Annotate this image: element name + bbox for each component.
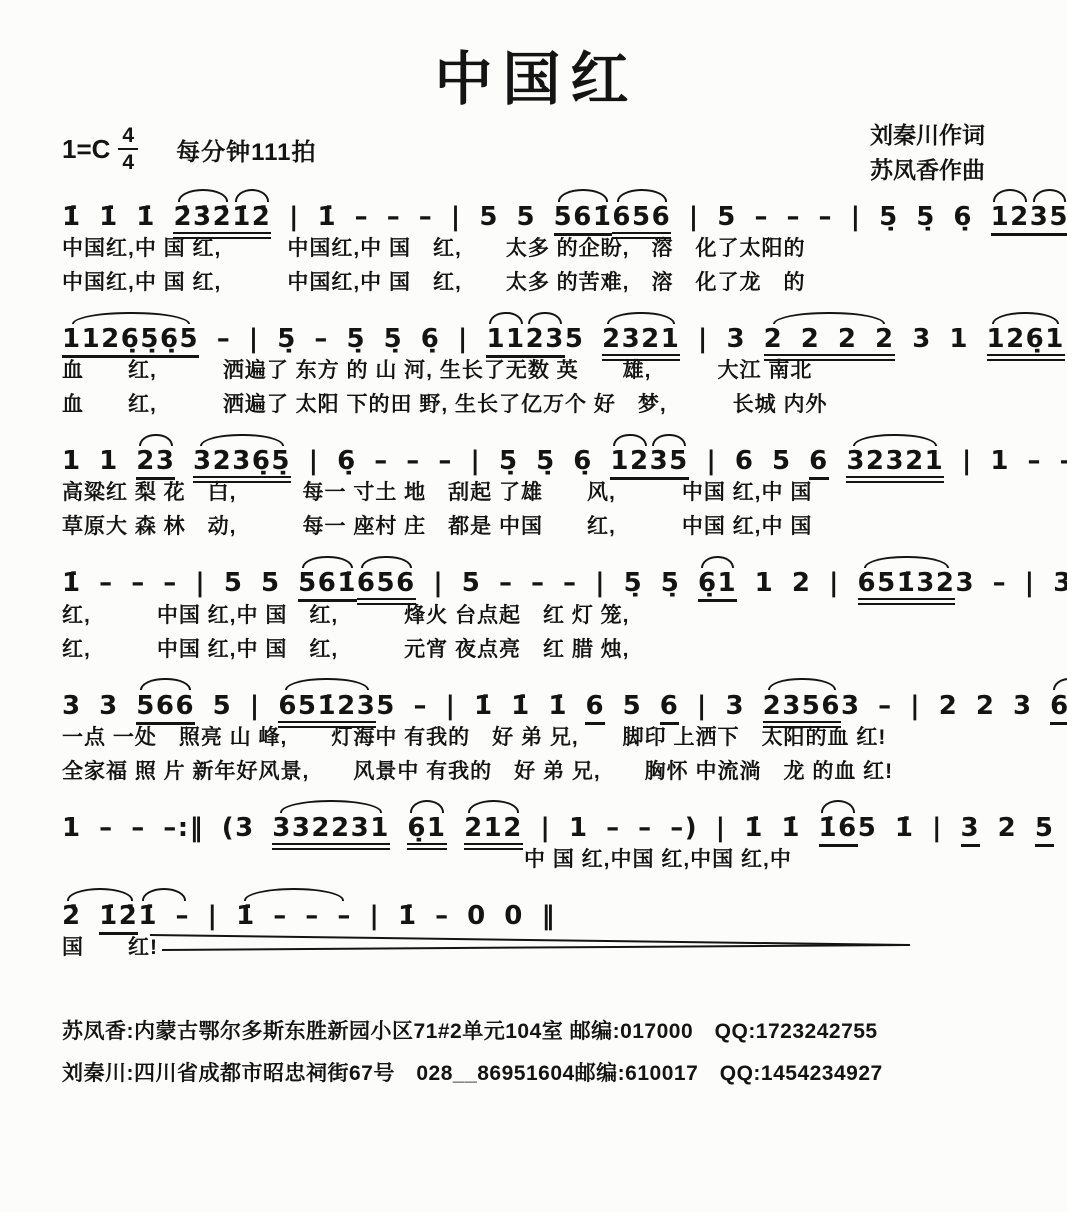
notation-line: 1 1 23 3236̣5̣ | 6̣ – – – | 5̣ 5̣ 6̣ 123…: [62, 431, 1011, 476]
contact-info: 苏凤香:内蒙古鄂尔多斯东胜新园小区71#2单元104室 邮编:017000 QQ…: [62, 1011, 1011, 1095]
music-system-5: 3 3 566 5 | 651̇235 – | 1̇ 1̇ 1̇ 6 5 6 |…: [62, 676, 1011, 789]
time-signature-bottom: 4: [122, 150, 134, 173]
lyrics-line-verse2: 全家福 照 片 新年好风景, 风景中 有我的 好 弟 兄, 胸怀 中流淌 龙 的…: [62, 755, 1011, 789]
time-signature: 4 4: [118, 125, 138, 173]
music-system-2: 1126̣5̣6̣5 – | 5̣ – 5̣ 5̣ 6̣ | 11235 232…: [62, 309, 1011, 422]
notation-line: 2̇ 1̇2̇1̇ – | 1̇ – – – | 1̇ – 0 0 ‖: [62, 886, 1011, 931]
lyricist-contact: 刘秦川:四川省成都市昭忠祠街67号 028__86951604邮编:610017…: [62, 1053, 1011, 1095]
decrescendo-hairpin: [148, 932, 918, 952]
key-signature-row: 1=C 4 4 每分钟111拍: [62, 125, 482, 173]
notation-line: 3 3 566 5 | 651̇235 – | 1̇ 1̇ 1̇ 6 5 6 |…: [62, 676, 1011, 721]
sheet-music-page: 中国红 刘秦川作词 苏凤香作曲 1=C 4 4 每分钟111拍 1̇ 1̇ 1̇…: [0, 0, 1067, 1095]
composer-contact: 苏凤香:内蒙古鄂尔多斯东胜新园小区71#2单元104室 邮编:017000 QQ…: [62, 1011, 1011, 1053]
music-system-6: 1 – – –:‖ (3 332231 6̣1 212 | 1 – – –) |…: [62, 798, 1011, 877]
lyrics-line-verse2: 红, 中国 红,中 国 红, 元宵 夜点亮 红 腊 烛,: [62, 633, 1011, 667]
lyrics-line-verse1: 一点 一处 照亮 山 峰, 灯海中 有我的 好 弟 兄, 脚印 上洒下 太阳的血…: [62, 721, 1011, 755]
notation-line: 1̇ – – – | 5 5 561̇656 | 5 – – – | 5̣ 5̣…: [62, 553, 1011, 598]
music-system-1: 1̇ 1̇ 1̇ 2̇3̇2̇1̇2̇ | 1̇ – – – | 5 5 561…: [62, 187, 1011, 300]
lyrics-line: 中 国 红,中国 红,中国 红,中: [62, 843, 1011, 877]
music-system-7: 2̇ 1̇2̇1̇ – | 1̇ – – – | 1̇ – 0 0 ‖ 国 红!: [62, 886, 1011, 965]
music-system-4: 1̇ – – – | 5 5 561̇656 | 5 – – – | 5̣ 5̣…: [62, 553, 1011, 666]
page-title: 中国红: [62, 32, 1011, 116]
notation-line: 1̇ 1̇ 1̇ 2̇3̇2̇1̇2̇ | 1̇ – – – | 5 5 561…: [62, 187, 1011, 232]
notation-line: 1 – – –:‖ (3 332231 6̣1 212 | 1 – – –) |…: [62, 798, 1011, 843]
tempo-marking: 每分钟111拍: [176, 132, 316, 167]
lyrics-line-verse2: 血 红, 洒遍了 太阳 下的田 野, 生长了亿万个 好 梦, 长城 内外: [62, 388, 1011, 422]
notation-line: 1126̣5̣6̣5 – | 5̣ – 5̣ 5̣ 6̣ | 11235 232…: [62, 309, 1011, 354]
lyrics-line-verse2: 中国红,中 国 红, 中国红,中 国 红, 太多 的苦难, 溶 化了龙 的: [62, 266, 1011, 300]
music-system-3: 1 1 23 3236̣5̣ | 6̣ – – – | 5̣ 5̣ 6̣ 123…: [62, 431, 1011, 544]
key-signature: 1=C: [62, 134, 110, 165]
lyrics-line-verse1: 中国红,中 国 红, 中国红,中 国 红, 太多 的企盼, 溶 化了太阳的: [62, 232, 1011, 266]
lyrics-line-verse2: 草原大 森 林 动, 每一 座村 庄 都是 中国 红, 中国 红,中 国: [62, 510, 1011, 544]
time-signature-top: 4: [118, 125, 138, 150]
